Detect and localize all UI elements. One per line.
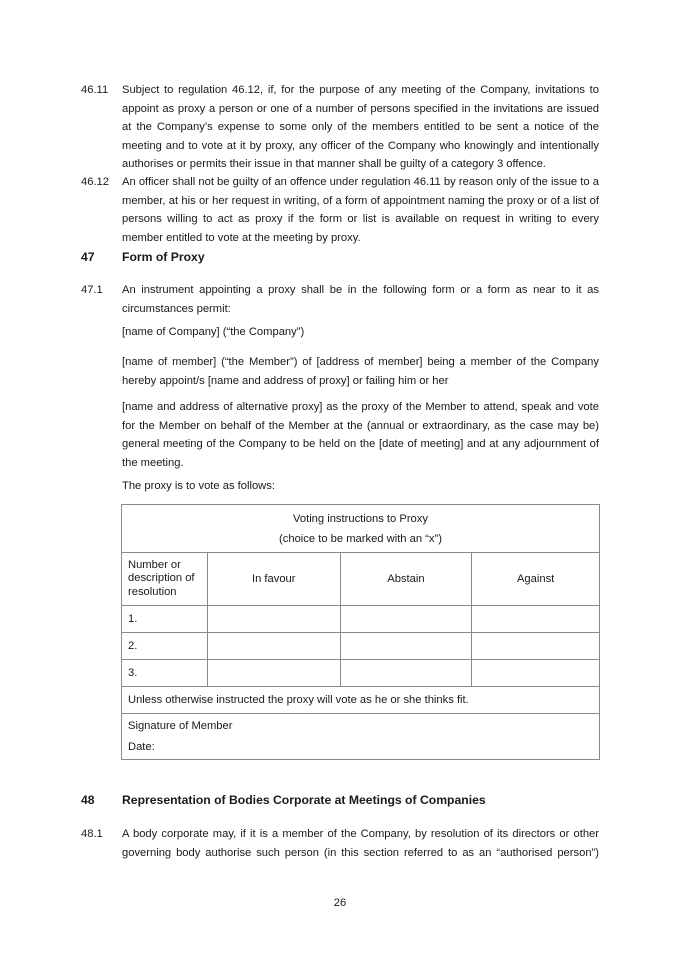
resolution-label: 1. [122,606,208,633]
clause-number-47-1: 47.1 [81,281,103,300]
form-line-member: [name of member] (“the Member”) of [addr… [122,353,599,390]
document-page: 46.11 Subject to regulation 46.12, if, f… [0,0,680,962]
section-heading-form-of-proxy: Form of Proxy [122,250,205,264]
table-row: 3. [122,660,600,687]
abstain-cell[interactable] [340,660,472,687]
against-cell[interactable] [472,606,600,633]
clause-number-46-12: 46.12 [81,173,109,192]
voting-table-title: Voting instructions to Proxy (choice to … [122,505,600,553]
form-line-alternative-proxy: [name and address of alternative proxy] … [122,398,599,472]
in-favour-cell[interactable] [207,606,340,633]
section-number-47: 47 [81,250,95,264]
clause-number-48-1: 48.1 [81,825,103,844]
clause-47-1-text: An instrument appointing a proxy shall b… [122,281,599,318]
signature-cell[interactable]: Signature of Member Date: [122,714,600,760]
clause-number-46-11: 46.11 [81,81,108,100]
clause-46-11-text: Subject to regulation 46.12, if, for the… [122,81,599,174]
section-number-48: 48 [81,793,95,807]
date-label: Date: [128,737,593,758]
proxy-discretion-note: Unless otherwise instructed the proxy wi… [122,687,600,714]
column-header-resolution: Number or description of resolution [122,553,208,606]
column-header-in-favour: In favour [207,553,340,606]
table-row: 1. [122,606,600,633]
page-number: 26 [0,897,680,909]
voting-table-title-line2: (choice to be marked with an “x”) [128,529,593,549]
against-cell[interactable] [472,660,600,687]
in-favour-cell[interactable] [207,660,340,687]
voting-table-title-line1: Voting instructions to Proxy [128,509,593,529]
form-line-company-name: [name of Company] (“the Company”) [122,323,599,342]
table-row: 2. [122,633,600,660]
in-favour-cell[interactable] [207,633,340,660]
column-header-abstain: Abstain [340,553,472,606]
form-line-vote-as-follows: The proxy is to vote as follows: [122,477,599,496]
section-heading-representation-bodies-corporate: Representation of Bodies Corporate at Me… [122,793,486,807]
column-header-against: Against [472,553,600,606]
voting-instructions-table: Voting instructions to Proxy (choice to … [121,504,600,760]
abstain-cell[interactable] [340,606,472,633]
clause-48-1-text: A body corporate may, if it is a member … [122,825,599,862]
against-cell[interactable] [472,633,600,660]
resolution-label: 2. [122,633,208,660]
signature-label: Signature of Member [128,716,593,737]
clause-46-12-text: An officer shall not be guilty of an off… [122,173,599,247]
abstain-cell[interactable] [340,633,472,660]
resolution-label: 3. [122,660,208,687]
